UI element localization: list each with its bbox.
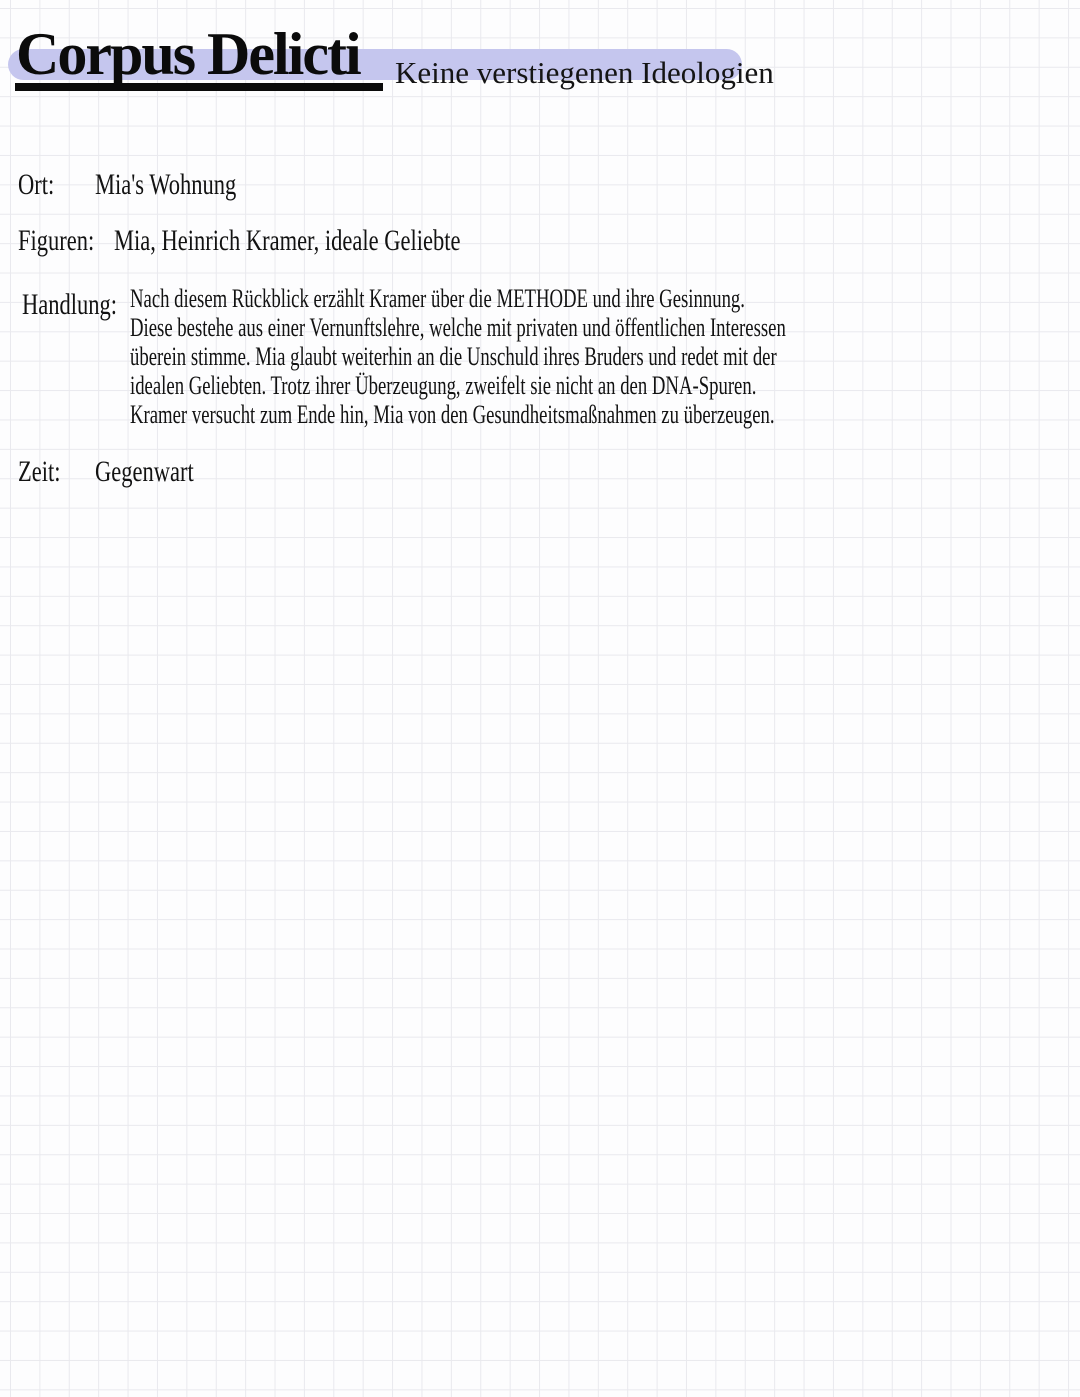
handlung-line: Kramer versucht zum Ende hin, Mia von de… xyxy=(130,400,786,429)
page-subtitle: Keine verstiegenen Ideologien xyxy=(395,56,774,90)
handlung-line: überein stimme. Mia glaubt weiterhin an … xyxy=(130,342,786,371)
figuren-value: Mia, Heinrich Kramer, ideale Geliebte xyxy=(114,224,460,258)
ort-label: Ort: xyxy=(18,168,54,202)
handlung-line: Nach diesem Rückblick erzählt Kramer übe… xyxy=(130,284,786,313)
handlung-label: Handlung: xyxy=(22,288,117,322)
ort-value: Mia's Wohnung xyxy=(95,168,236,202)
handlung-line: Diese bestehe aus einer Vernunftslehre, … xyxy=(130,313,786,342)
page-title: Corpus Delicti xyxy=(16,22,360,86)
figuren-label: Figuren: xyxy=(18,224,94,258)
handlung-paragraph: Nach diesem Rückblick erzählt Kramer übe… xyxy=(130,284,786,429)
handlung-line: idealen Geliebten. Trotz ihrer Überzeugu… xyxy=(130,371,786,400)
zeit-value: Gegenwart xyxy=(95,455,194,489)
notebook-page: Corpus Delicti Keine verstiegenen Ideolo… xyxy=(0,0,1080,1397)
zeit-label: Zeit: xyxy=(18,455,60,489)
